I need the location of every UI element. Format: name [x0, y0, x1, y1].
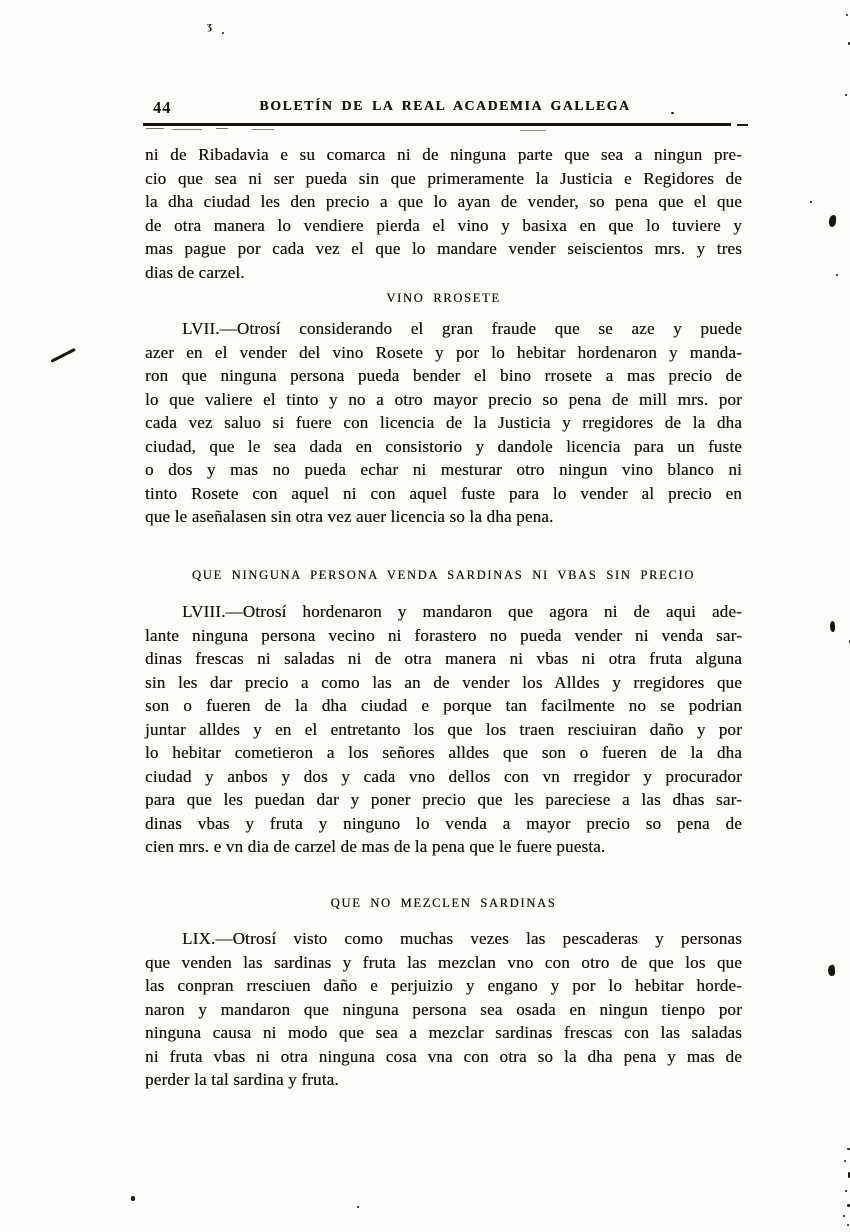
stray-ink-mark: ʒ	[207, 20, 212, 32]
page-header: 44 BOLETÍN DE LA REAL ACADEMIA GALLEGA	[143, 97, 747, 119]
text-line: ron que ninguna persona pueda bender el …	[145, 364, 742, 388]
header-rule-fragment	[146, 128, 164, 129]
journal-title: BOLETÍN DE LA REAL ACADEMIA GALLEGA	[259, 98, 630, 114]
scan-speck	[843, 1215, 845, 1217]
text-line: ni de Ribadavia e su comarca ni de ningu…	[145, 143, 742, 167]
text-line: sin les dar precio a como las an de vend…	[145, 671, 742, 695]
header-rule	[143, 123, 731, 126]
scan-speck	[845, 94, 847, 96]
scan-speck	[846, 14, 848, 16]
text-line: tinto Rosete con aquel ni con aquel fust…	[145, 482, 742, 506]
text-line: ciudad, que le sea dada en consistorio y…	[145, 435, 742, 459]
scan-speck	[845, 1190, 847, 1192]
header-rule-fragment	[252, 129, 274, 130]
text-line: para que les puedan dar y poner precio q…	[145, 788, 742, 812]
ink-blot	[828, 215, 836, 228]
scan-speck	[131, 1196, 135, 1201]
text-line: cien mrs. e vn dia de carzel de mas de l…	[145, 835, 742, 859]
text-line: ninguna causa ni modo que sea a mezclar …	[145, 1021, 742, 1045]
scanned-book-page: 44 BOLETÍN DE LA REAL ACADEMIA GALLEGA n…	[0, 0, 850, 1232]
margin-pencil-slash	[50, 348, 75, 362]
scan-speck	[844, 1160, 846, 1162]
text-line: que le aseñalasen sin otra vez auer lice…	[145, 505, 742, 529]
header-rule-fragment	[216, 128, 228, 129]
text-line: naron y mandaron que ninguna persona sea…	[145, 998, 742, 1022]
header-rule-fragment	[172, 129, 202, 130]
text-line: ciudad y anbos y dos y cada vno dellos c…	[145, 765, 742, 789]
scan-speck	[836, 274, 838, 276]
section-heading-no-mezclen-sardinas: QUE NO MEZCLEN SARDINAS	[145, 896, 742, 911]
text-line: azer en el vender del vino Rosete y por …	[145, 341, 742, 365]
page-number: 44	[153, 98, 172, 118]
text-line: de otra manera lo vendiere pierda el vin…	[145, 214, 742, 238]
text-line: cio que sea ni ser pueda sin que primera…	[145, 167, 742, 191]
section-heading-sardinas-sin-precio: QUE NINGUNA PERSONA VENDA SARDINAS NI VB…	[145, 568, 742, 583]
scan-speck	[810, 201, 812, 203]
text-line: o dos y mas no pueda echar ni mesturar o…	[145, 458, 742, 482]
text-line: que venden las sardinas y fruta las mezc…	[145, 951, 742, 975]
text-line: juntar alldes y en el entretanto los que…	[145, 718, 742, 742]
header-rule-fragment	[520, 130, 546, 131]
text-line: lo hebitar cometieron a los señores alld…	[145, 741, 742, 765]
text-line: dinas vbas y fruta y ninguno lo venda a …	[145, 812, 742, 836]
scan-speck	[357, 1206, 359, 1208]
text-line: dinas frescas ni saladas ni de otra mane…	[145, 647, 742, 671]
paragraph-lix: LIX.—Otrosí visto como muchas vezes las …	[145, 927, 742, 1092]
paragraph-lvii: LVII.—Otrosí considerando el gran fraude…	[145, 317, 742, 529]
scan-speck	[847, 1224, 849, 1226]
paragraph-lviii: LVIII.—Otrosí hordenaron y mandaron que …	[145, 600, 742, 859]
text-line: lante ninguna persona vecino ni foraster…	[145, 624, 742, 648]
text-line: dias de carzel.	[145, 261, 742, 285]
text-line: perder la tal sardina y fruta.	[145, 1068, 742, 1092]
scan-speck	[671, 112, 674, 114]
text-line: LVIII.—Otrosí hordenaron y mandaron que …	[145, 600, 742, 624]
text-line: cada vez saluo si fuere con licencia de …	[145, 411, 742, 435]
text-line: la dha ciudad les den precio a que lo ay…	[145, 190, 742, 214]
ink-blot	[827, 965, 835, 977]
text-line: lo que valiere el tinto y no a otro mayo…	[145, 388, 742, 412]
text-line: ni fruta vbas ni otra ninguna cosa vna c…	[145, 1045, 742, 1069]
text-line: mas pague por cada vez el que lo mandare…	[145, 237, 742, 261]
text-line: LVII.—Otrosí considerando el gran fraude…	[145, 317, 742, 341]
paragraph-intro: ni de Ribadavia e su comarca ni de ningu…	[145, 143, 742, 284]
ink-blot	[830, 621, 835, 632]
text-line: son o fueren de la dha ciudad e porque t…	[145, 694, 742, 718]
scan-speck	[222, 32, 224, 34]
section-heading-vino-rrosete: VINO RROSETE	[145, 291, 742, 306]
text-line: LIX.—Otrosí visto como muchas vezes las …	[145, 927, 742, 951]
text-line: las conpran rresciuen daño e perjuizio y…	[145, 974, 742, 998]
header-rule-fragment	[737, 124, 748, 126]
